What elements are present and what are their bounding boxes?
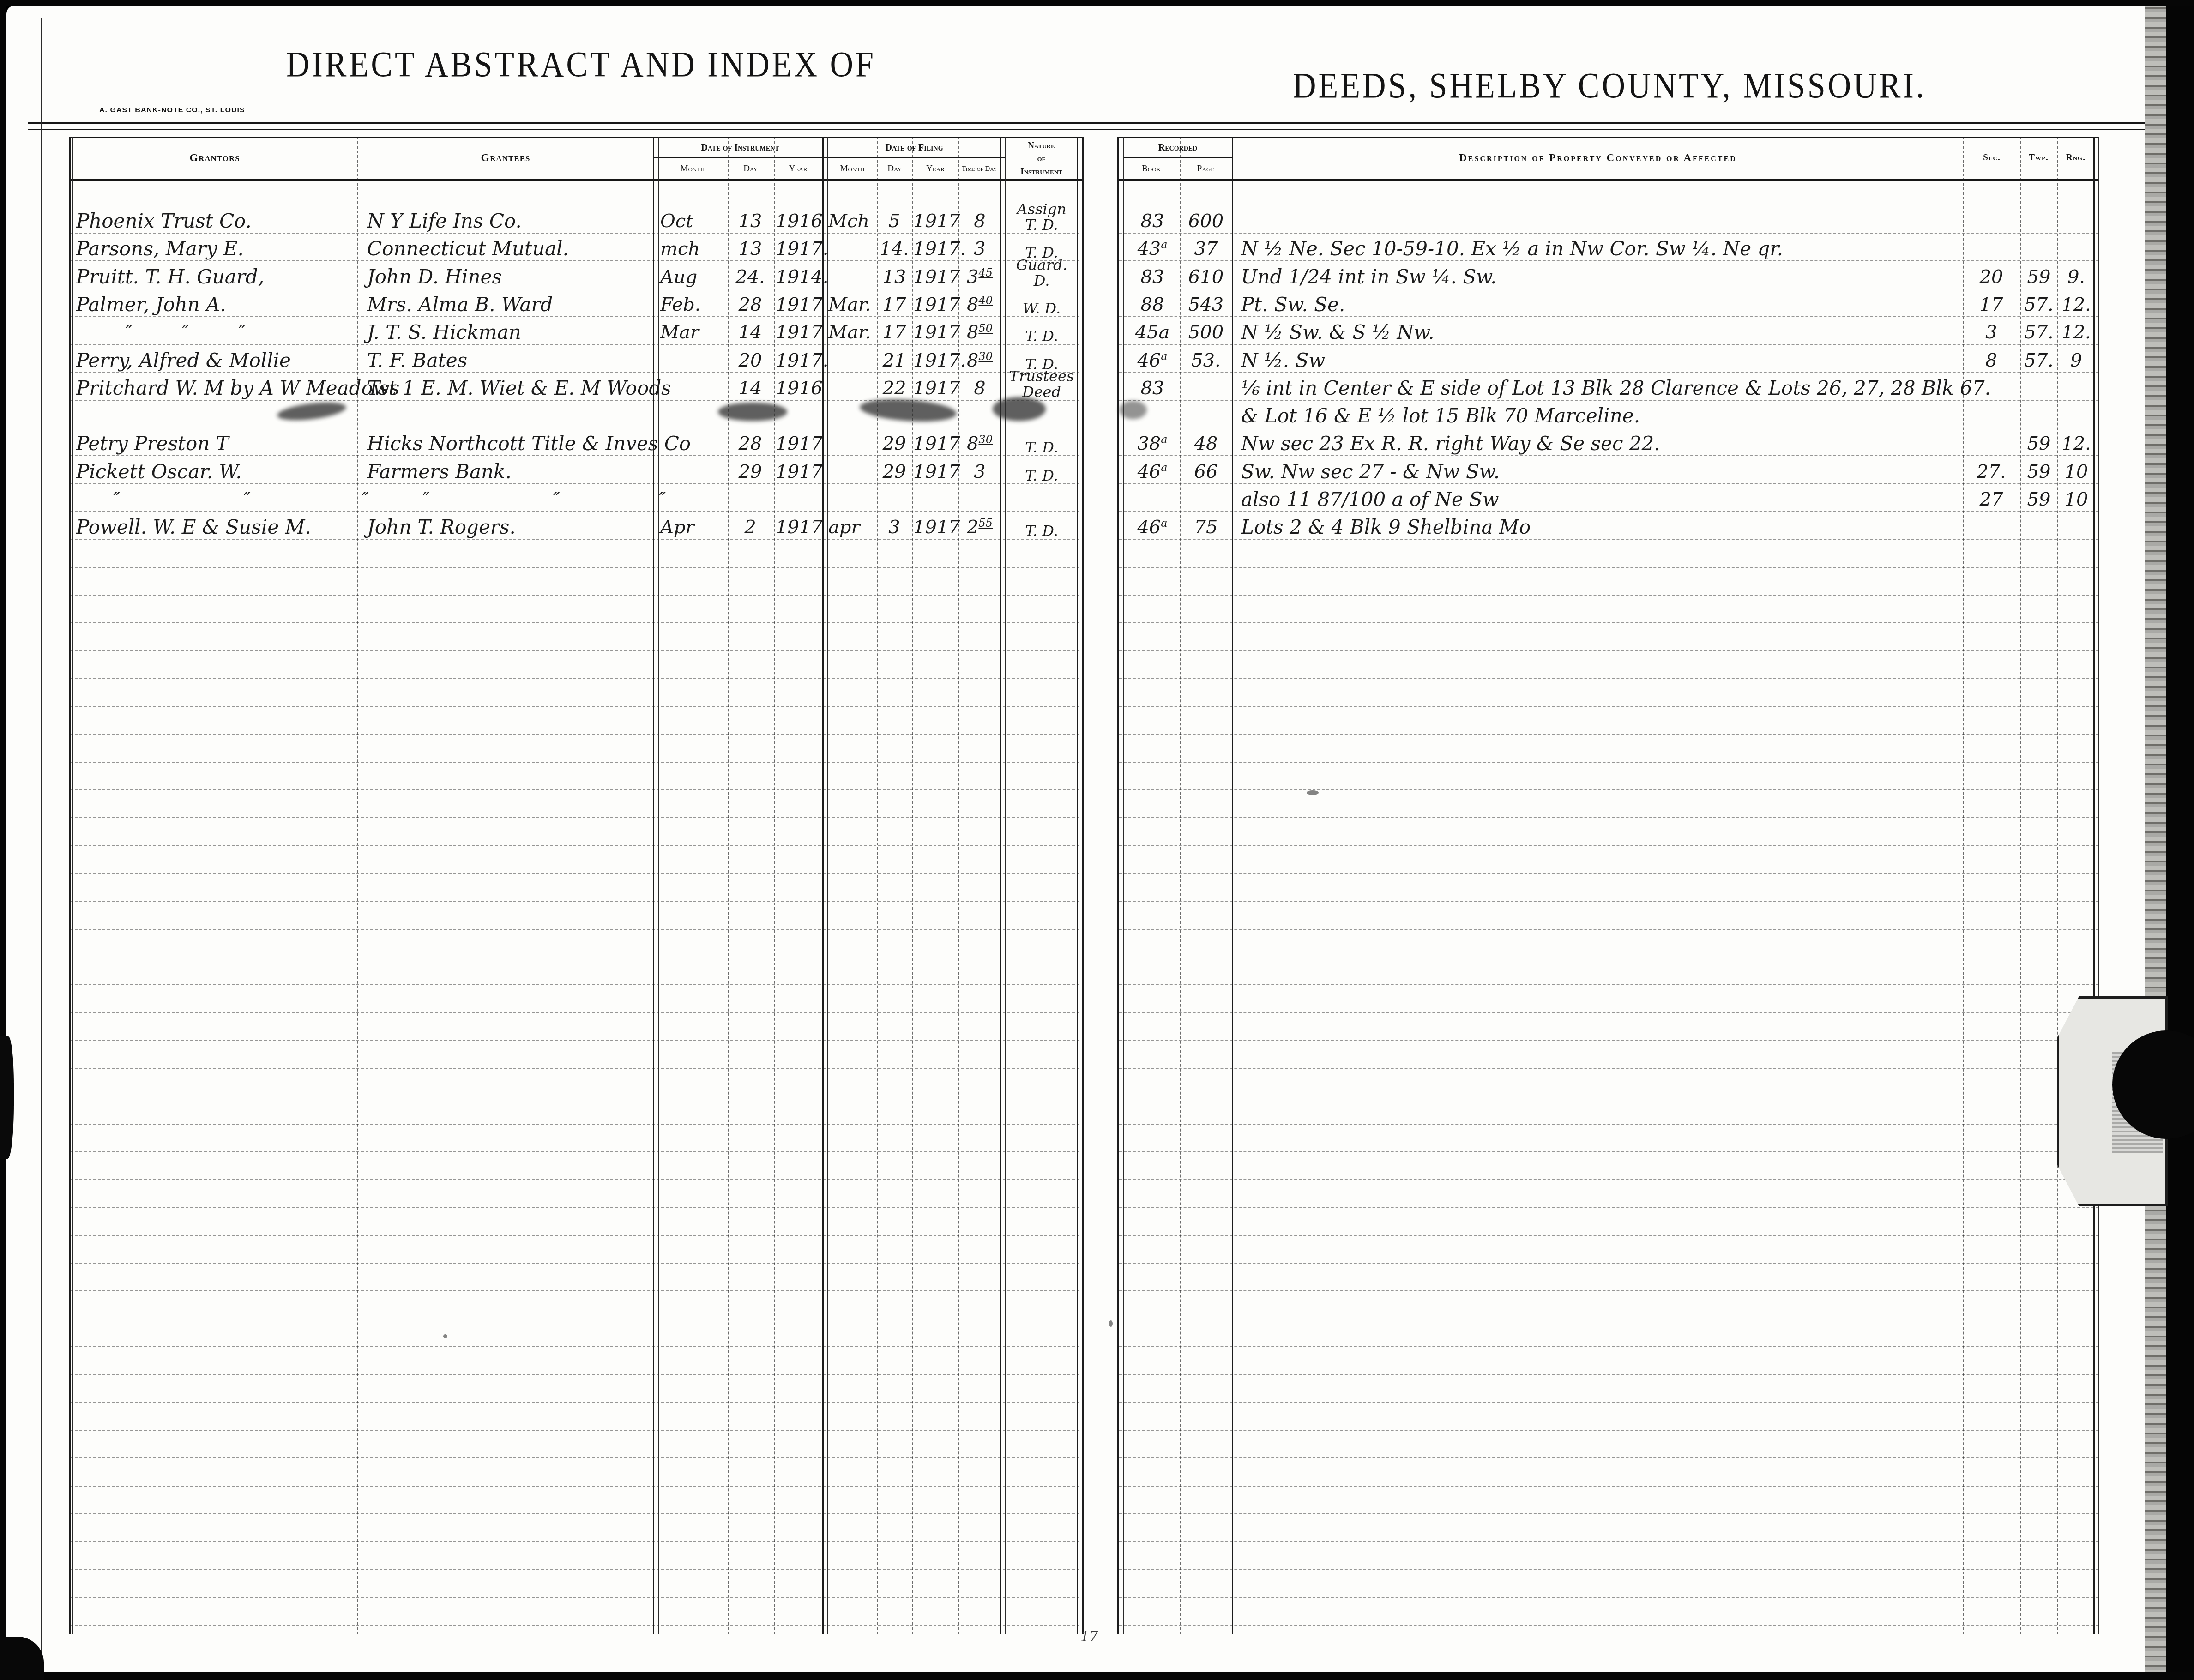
- col-header-sec: Sec.: [1963, 137, 2020, 179]
- cell-iday: 29: [728, 460, 773, 483]
- superscript: a: [1161, 433, 1167, 446]
- cell-twp: 57.: [2021, 349, 2056, 372]
- scan-edge-left: [0, 0, 6, 1680]
- ruled-line: [70, 1569, 1079, 1570]
- ruled-line: [70, 1290, 1079, 1291]
- superscript: a: [1161, 350, 1167, 363]
- ruled-line: [70, 706, 1079, 707]
- ruled-line: [70, 1541, 1079, 1542]
- ruled-line: [70, 817, 1079, 818]
- cell-ft: 255: [959, 516, 1000, 539]
- cell-fday: 21: [877, 349, 911, 372]
- cell-fyr: 1917: [913, 432, 958, 455]
- ruled-line: [70, 400, 1079, 401]
- ruled-line: [70, 678, 1079, 679]
- ruled-line: [70, 1402, 1079, 1403]
- scan-edge-bottom: [0, 1672, 2194, 1680]
- cell-book: 88: [1127, 293, 1178, 316]
- ruled-line: [1119, 400, 2098, 401]
- ruled-line: [70, 734, 1079, 735]
- cell-desc: ⅙ int in Center & E side of Lot 13 Blk 2…: [1241, 377, 1961, 400]
- ruled-line: [70, 650, 1079, 651]
- cell-iyr: 1917: [776, 432, 822, 455]
- cell-pg: 610: [1181, 265, 1231, 289]
- cell-fyr: 1917.: [913, 349, 958, 372]
- cell-ft: 3: [959, 460, 1000, 483]
- cell-im: Oct: [660, 210, 726, 233]
- cell-fday: 3: [877, 516, 911, 539]
- ruled-line: [1119, 1597, 2098, 1598]
- ruled-line: [70, 1457, 1079, 1458]
- ruled-line: [1119, 622, 2098, 623]
- cell-ft: 345: [959, 265, 1000, 289]
- ruled-line: [1119, 567, 2098, 568]
- cell-iday: 28: [728, 432, 773, 455]
- ruled-line: [1119, 1235, 2098, 1236]
- cell-fm: Mar.: [828, 293, 876, 316]
- cell-sec: 17: [1963, 293, 2019, 316]
- col-header-book: Book: [1123, 159, 1180, 179]
- cell-ft: 8: [959, 377, 1000, 400]
- cell-ft: 840: [959, 293, 1000, 316]
- cell-iyr: 1916: [776, 210, 822, 233]
- entry-row: Parsons, Mary E.Connecticut Mutual.mch13…: [0, 237, 2194, 260]
- cell-sec: 8: [1963, 349, 2019, 372]
- ruled-line: [70, 1625, 1079, 1626]
- ruled-line: [1119, 1374, 2098, 1375]
- cell-iyr: 1917: [776, 516, 822, 539]
- cell-pg: 75: [1181, 516, 1231, 539]
- cell-book: 83: [1127, 210, 1178, 233]
- entry-row: Palmer, John A.Mrs. Alma B. WardFeb.2819…: [0, 293, 2194, 316]
- col-header-inst-year: Year: [774, 159, 822, 179]
- cell-pg: 66: [1181, 460, 1231, 483]
- cell-iday: 20: [728, 349, 773, 372]
- cell-fday: 5: [877, 210, 911, 233]
- cell-fyr: 1917: [913, 377, 958, 400]
- ruled-line: [70, 845, 1079, 846]
- ruled-line: [1119, 428, 2098, 428]
- cell-grantor: Petry Preston T: [76, 432, 353, 455]
- cell-pg: 37: [1181, 237, 1231, 260]
- ruled-line: [1119, 1402, 2098, 1403]
- cell-grantor: Perry, Alfred & Mollie: [76, 349, 353, 372]
- ruled-line: [1119, 1263, 2098, 1264]
- cell-iday: 14: [728, 377, 773, 400]
- ruled-line: [1119, 817, 2098, 818]
- col-header-filing-day: Day: [877, 159, 912, 179]
- cell-fyr: 1917: [913, 321, 958, 344]
- cell-desc: N ½ Ne. Sec 10-59-10. Ex ½ a in Nw Cor. …: [1241, 237, 1961, 260]
- scan-edge-top: [0, 0, 2194, 6]
- cell-pg: 48: [1181, 432, 1231, 455]
- ruled-line: [70, 289, 1079, 289]
- cell-grantee: T. F. Bates: [367, 349, 650, 372]
- cell-fday: 13: [877, 265, 911, 289]
- ruled-line: [70, 762, 1079, 763]
- cell-iday: 13: [728, 237, 773, 260]
- cell-iyr: 1917: [776, 460, 822, 483]
- cell-twp: 57.: [2021, 321, 2056, 344]
- cell-nature: T. D.: [1007, 445, 1077, 483]
- entry-row: Pickett Oscar. W.Farmers Bank.2919172919…: [0, 460, 2194, 483]
- cell-iyr: 1917: [776, 293, 822, 316]
- cell-pg: 500: [1181, 321, 1231, 344]
- cell-grantee: J. T. S. Hickman: [367, 321, 650, 344]
- entry-row: Pritchard W. M by A W MeadowsTst 1 E. M.…: [0, 377, 2194, 400]
- cell-fday: 17: [877, 293, 911, 316]
- ruled-line: [1119, 1207, 2098, 1208]
- ruled-line: [70, 1179, 1079, 1180]
- ruled-line: [70, 622, 1079, 623]
- col-header-rng: Rng.: [2057, 137, 2095, 179]
- ink-smudge: [993, 397, 1046, 421]
- cell-sec: 27.: [1963, 460, 2019, 483]
- cell-ft: 830: [959, 349, 1000, 372]
- ruled-line: [1119, 344, 2098, 345]
- cell-desc: Lots 2 & 4 Blk 9 Shelbina Mo: [1241, 516, 1961, 539]
- ruled-line: [1119, 455, 2098, 456]
- scan-edge-blob: [0, 1036, 14, 1159]
- ruled-line: [70, 1040, 1079, 1041]
- cell-fday: 22: [877, 377, 911, 400]
- ruled-line: [1119, 1179, 2098, 1180]
- ruled-line: [1119, 1151, 2098, 1152]
- ruled-line: [1119, 595, 2098, 596]
- cell-twp: 57.: [2021, 293, 2056, 316]
- header-bottom-left-page: [69, 179, 1084, 181]
- title-rule-bottom: [28, 129, 2145, 130]
- ruled-line: [1119, 845, 2098, 846]
- ruled-line: [1119, 1457, 2098, 1458]
- ink-smudge: [718, 403, 787, 421]
- ruled-line: [1119, 706, 2098, 707]
- col-header-inst-day: Day: [728, 159, 774, 179]
- ruled-line: [70, 1207, 1079, 1208]
- ruled-line: [1119, 984, 2098, 985]
- ruled-line: [1119, 650, 2098, 651]
- cell-fyr: 1917: [913, 265, 958, 289]
- cell-grantee: Hicks Northcott Title & Inves Co: [367, 432, 650, 455]
- cell-rng: 12.: [2058, 321, 2094, 344]
- cell-ft: 8: [959, 210, 1000, 233]
- cell-book: 46a: [1127, 460, 1178, 483]
- cell-rng: 12.: [2058, 432, 2094, 455]
- cell-book: 43a: [1127, 237, 1178, 260]
- entry-row: Powell. W. E & Susie M.John T. Rogers.Ap…: [0, 516, 2194, 539]
- ruled-line: [70, 901, 1079, 902]
- cell-fm: Mar.: [828, 321, 876, 344]
- cell-grantor: Palmer, John A.: [76, 293, 353, 316]
- cell-grantor: Phoenix Trust Co.: [76, 210, 353, 233]
- cell-grantor: Powell. W. E & Susie M.: [76, 516, 353, 539]
- scanned-ledger-spread: DIRECT ABSTRACT AND INDEX OF DEEDS, SHEL…: [0, 0, 2194, 1680]
- left-page-title: DIRECT ABSTRACT AND INDEX OF: [286, 44, 876, 85]
- col-header-grantors: Grantors: [74, 137, 356, 179]
- recorded-group-divider: [1123, 157, 1233, 158]
- cell-iday: 14: [728, 321, 773, 344]
- cell-book: 83: [1127, 377, 1178, 400]
- ruled-line: [70, 1151, 1079, 1152]
- ruled-line: [1119, 316, 2098, 317]
- col-header-date-of-filing: Date of Filing: [829, 138, 999, 157]
- ruled-line: [70, 1374, 1079, 1375]
- col-header-nature-of-instrument: Nature of Instrument: [1006, 138, 1077, 179]
- ruled-line: [1119, 511, 2098, 512]
- cell-im: Mar: [660, 321, 726, 344]
- cell-iday: 24.: [728, 265, 773, 289]
- cell-sec: 3: [1963, 321, 2019, 344]
- cell-ft: 850: [959, 321, 1000, 344]
- cell-iyr: 1914.: [776, 265, 822, 289]
- right-page-title: DEEDS, SHELBY COUNTY, MISSOURI.: [1293, 65, 1926, 107]
- ruled-line: [70, 511, 1079, 512]
- ruled-line: [70, 1319, 1079, 1319]
- entry-row: Perry, Alfred & MollieT. F. Bates201917.…: [0, 349, 2194, 372]
- cell-grantee: John D. Hines: [367, 265, 650, 289]
- cell-desc: & Lot 16 & E ½ lot 15 Blk 70 Marceline.: [1241, 404, 1961, 428]
- ruled-line: [70, 984, 1079, 985]
- cell-twp: 59: [2021, 265, 2056, 289]
- ruled-line: [70, 1486, 1079, 1487]
- ruled-line: [1119, 678, 2098, 679]
- ruled-line: [70, 1012, 1079, 1013]
- cell-fyr: 1917: [913, 293, 958, 316]
- ruled-line: [70, 1513, 1079, 1514]
- ruled-line: [1119, 1430, 2098, 1431]
- printer-imprint: A. GAST BANK-NOTE CO., ST. LOUIS: [99, 107, 245, 114]
- cell-im: Apr: [660, 516, 726, 539]
- cell-grantee: John T. Rogers.: [367, 516, 650, 539]
- cell-pg: 600: [1181, 210, 1231, 233]
- ruled-line: [1119, 901, 2098, 902]
- cell-pg: 53.: [1181, 349, 1231, 372]
- cell-grantor: Pruitt. T. H. Guard,: [76, 265, 353, 289]
- cell-desc: also 11 87/100 a of Ne Sw: [1241, 488, 1961, 511]
- col-header-filing-year: Year: [912, 159, 958, 179]
- superscript: 30: [978, 433, 993, 446]
- superscript: 50: [978, 322, 993, 335]
- date-group-divider: [653, 157, 1006, 158]
- ruled-line: [70, 1068, 1079, 1069]
- cell-iyr: 1917: [776, 321, 822, 344]
- cell-fyr: 1917.: [913, 237, 958, 260]
- superscript: 40: [978, 294, 993, 307]
- cell-nature: T. D.: [1007, 500, 1077, 539]
- cell-twp: 59: [2021, 460, 2056, 483]
- ruled-line: [1119, 873, 2098, 874]
- ruled-line: [1119, 1569, 2098, 1570]
- cell-im: Feb.: [660, 293, 726, 316]
- scan-edge-texture: [2145, 0, 2167, 1680]
- superscript: 30: [978, 350, 993, 363]
- cell-book: 46a: [1127, 349, 1178, 372]
- cell-grantor: ″ ″ ″: [76, 321, 353, 344]
- cell-sec: 27: [1963, 488, 2019, 511]
- ruled-line: [70, 957, 1079, 957]
- ruled-line: [70, 873, 1079, 874]
- ruled-line: [70, 789, 1079, 790]
- col-header-twp: Twp.: [2020, 137, 2057, 179]
- entry-row: ″ ″ ″ ″ ″ ″also 11 87/100 a of Ne Sw2759…: [0, 488, 2194, 511]
- ruled-line: [70, 539, 1079, 540]
- cell-iday: 13: [728, 210, 773, 233]
- superscript: a: [1161, 238, 1167, 251]
- cell-grantee: ″ ″ ″: [367, 488, 650, 511]
- ruled-line: [1119, 1513, 2098, 1514]
- cell-grantor: ″ ″ ″: [76, 488, 353, 511]
- ruled-line: [70, 455, 1079, 456]
- col-header-recorded: Recorded: [1123, 138, 1233, 157]
- ruled-line: [1119, 1096, 2098, 1096]
- ruled-line: [1119, 734, 2098, 735]
- entry-row: Phoenix Trust Co.N Y Life Ins Co.Oct1319…: [0, 210, 2194, 233]
- cell-book: 38a: [1127, 432, 1178, 455]
- ruled-line: [70, 1597, 1079, 1598]
- cell-fday: 29: [877, 460, 911, 483]
- ruled-line: [1119, 789, 2098, 790]
- cell-iday: 28: [728, 293, 773, 316]
- cell-grantor: Parsons, Mary E.: [76, 237, 353, 260]
- cell-fday: 17: [877, 321, 911, 344]
- cell-grantee: Farmers Bank.: [367, 460, 650, 483]
- ruled-line: [70, 1346, 1079, 1347]
- cell-fm: Mch: [828, 210, 876, 233]
- ruled-line: [1119, 1290, 2098, 1291]
- cell-desc: N ½ Sw. & S ½ Nw.: [1241, 321, 1961, 344]
- title-rule-top: [28, 122, 2145, 124]
- entry-row: ″ ″ ″J. T. S. HickmanMar141917Mar.171917…: [0, 321, 2194, 344]
- cell-rng: 10: [2058, 460, 2094, 483]
- cell-desc: Nw sec 23 Ex R. R. right Way & Se sec 22…: [1241, 432, 1961, 455]
- ruled-line: [70, 1235, 1079, 1236]
- col-header-date-of-instrument: Date of Instrument: [656, 138, 825, 157]
- cell-iday: 2: [728, 516, 773, 539]
- ruled-line: [1119, 260, 2098, 261]
- ruled-line: [1119, 1068, 2098, 1069]
- cell-desc: Pt. Sw. Se.: [1241, 293, 1961, 316]
- cell-twp: 59: [2021, 432, 2056, 455]
- cell-fyr: 1917: [913, 460, 958, 483]
- cell-iyr: 1917.: [776, 349, 822, 372]
- cell-nature: Trustees Deed: [1007, 361, 1077, 400]
- cell-grantee: Tst 1 E. M. Wiet & E. M Woods: [367, 377, 650, 400]
- cell-ft: 830: [959, 432, 1000, 455]
- cell-desc: Und 1/24 int in Sw ¼. Sw.: [1241, 265, 1961, 289]
- ruled-line: [70, 372, 1079, 373]
- ruled-line: [70, 1096, 1079, 1096]
- col-header-description: Description of Property Conveyed or Affe…: [1233, 137, 1963, 179]
- ruled-line: [1119, 1625, 2098, 1626]
- ruled-line: [70, 1263, 1079, 1264]
- cell-rng: 12.: [2058, 293, 2094, 316]
- col-header-grantees: Grantees: [360, 137, 651, 179]
- superscript: a: [1161, 461, 1167, 474]
- col-header-time-of-day: Time of Day: [958, 159, 1000, 179]
- ruled-line: [70, 428, 1079, 428]
- cell-desc: N ½. Sw: [1241, 349, 1961, 372]
- header-bottom-right-page: [1117, 179, 2099, 181]
- cell-book: 45a: [1127, 321, 1178, 344]
- scan-edge-right: [2166, 0, 2194, 1680]
- cell-fyr: 1917: [913, 210, 958, 233]
- ruled-line: [70, 929, 1079, 930]
- ruled-line: [1119, 289, 2098, 289]
- cell-grantor: Pritchard W. M by A W Meadows: [76, 377, 353, 400]
- ruled-line: [70, 483, 1079, 484]
- ruled-line: [1119, 1124, 2098, 1125]
- cell-grantee: N Y Life Ins Co.: [367, 210, 650, 233]
- ruled-line: [1119, 1012, 2098, 1013]
- page-footer-mark: 17: [1080, 1629, 1098, 1645]
- cell-im: mch: [660, 237, 726, 260]
- ruled-line: [1119, 483, 2098, 484]
- cell-rng: 9.: [2058, 265, 2094, 289]
- col-header-page: Page: [1180, 159, 1232, 179]
- col-header-inst-month: Month: [658, 159, 727, 179]
- cell-grantee: Mrs. Alma B. Ward: [367, 293, 650, 316]
- stray-mark: [1307, 790, 1319, 795]
- ruled-line: [1119, 539, 2098, 540]
- stray-mark: [1109, 1320, 1113, 1327]
- ink-smudge: [1119, 401, 1147, 419]
- ruled-line: [1119, 1319, 2098, 1319]
- ruled-line: [1119, 1486, 2098, 1487]
- ruled-line: [1119, 1040, 2098, 1041]
- col-header-filing-month: Month: [827, 159, 877, 179]
- cell-fm: apr: [828, 516, 876, 539]
- ruled-line: [70, 344, 1079, 345]
- cell-sec: 20: [1963, 265, 2019, 289]
- ruled-line: [1119, 762, 2098, 763]
- cell-rng: 9: [2058, 349, 2094, 372]
- cell-ft: 3: [959, 237, 1000, 260]
- superscript: 45: [978, 266, 993, 279]
- ruled-line: [1119, 1346, 2098, 1347]
- ruled-line: [70, 1430, 1079, 1431]
- ruled-line: [1119, 1541, 2098, 1542]
- cell-book: 46a: [1127, 516, 1178, 539]
- cell-iyr: 1916: [776, 377, 822, 400]
- cell-book: 83: [1127, 265, 1178, 289]
- cell-desc: Sw. Nw sec 27 - & Nw Sw.: [1241, 460, 1961, 483]
- cell-fyr: 1917: [913, 516, 958, 539]
- ruled-line: [70, 316, 1079, 317]
- cell-im: Aug: [660, 265, 726, 289]
- cell-grantee: Connecticut Mutual.: [367, 237, 650, 260]
- superscript: 55: [978, 517, 993, 530]
- ruled-line: [70, 1124, 1079, 1125]
- entry-row: Petry Preston THicks Northcott Title & I…: [0, 432, 2194, 455]
- entry-row: Pruitt. T. H. Guard,John D. HinesAug24.1…: [0, 265, 2194, 289]
- ruled-line: [1119, 957, 2098, 957]
- cell-fday: 14.: [877, 237, 911, 260]
- cell-iyr: 1917.: [776, 237, 822, 260]
- ruled-line: [1119, 372, 2098, 373]
- cell-twp: 59: [2021, 488, 2056, 511]
- superscript: a: [1161, 517, 1167, 530]
- cell-pg: 543: [1181, 293, 1231, 316]
- ruled-line: [1119, 233, 2098, 234]
- ruled-line: [1119, 929, 2098, 930]
- ruled-line: [70, 260, 1079, 261]
- stray-mark: [443, 1334, 447, 1338]
- cell-rng: 10: [2058, 488, 2094, 511]
- ruled-line: [70, 233, 1079, 234]
- ruled-line: [70, 595, 1079, 596]
- cell-fday: 29: [877, 432, 911, 455]
- ruled-line: [70, 567, 1079, 568]
